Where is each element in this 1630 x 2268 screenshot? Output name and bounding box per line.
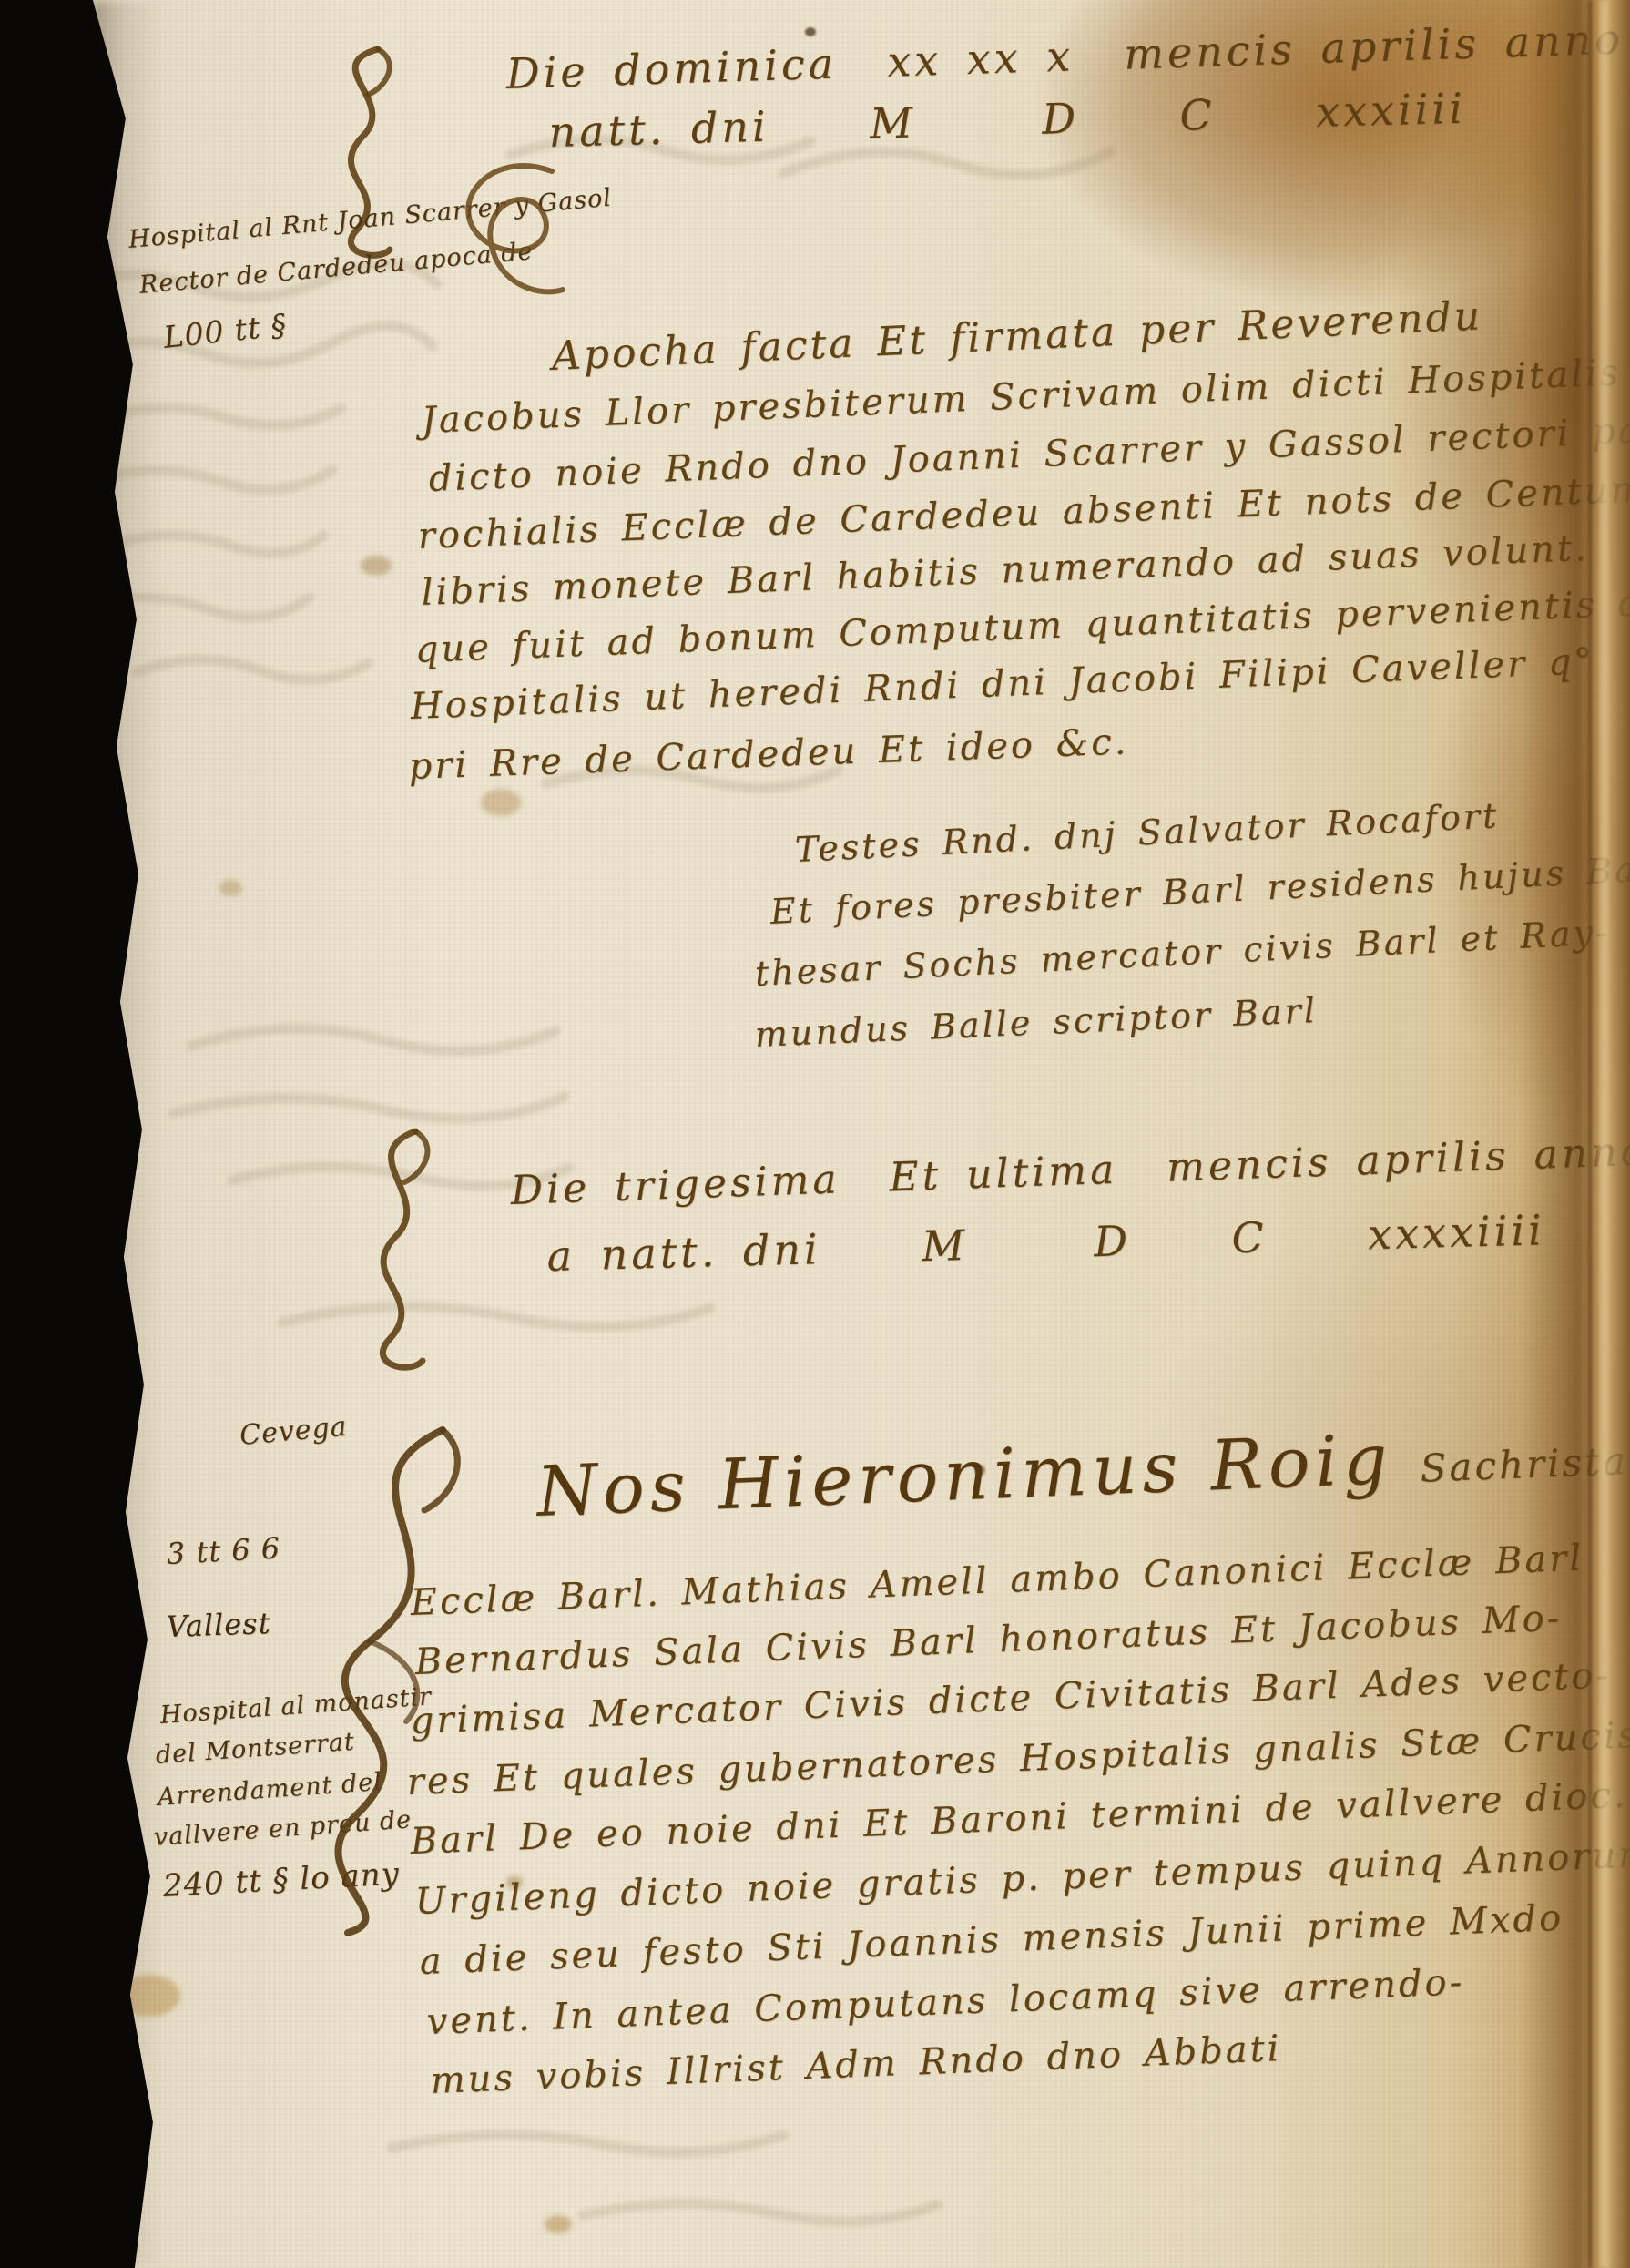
- ink-speck: [805, 27, 816, 36]
- margin-note-montserrat: Arrendament del: [157, 1770, 383, 1810]
- margin-note-amount: L00 tt §: [162, 310, 289, 352]
- calligraphic-flourish-curl: [433, 153, 570, 308]
- margin-note-vallest: Vallest: [166, 1609, 271, 1641]
- date-heading-line: Die trigesima Et ultima mencis aprilis a…: [510, 1131, 1630, 1211]
- margin-note-amount: 3 tt 6 6: [166, 1533, 281, 1568]
- witness-line: Testes Rnd. dnj Salvator Rocafort: [794, 798, 1500, 867]
- stain-spot: [219, 880, 242, 896]
- stain-spot: [481, 789, 521, 816]
- calligraphic-flourish-initial: [326, 1122, 453, 1377]
- stain-spot: [545, 2215, 572, 2233]
- manuscript-photo: { "document": { "kind": "17th-century no…: [0, 0, 1630, 2268]
- margin-note-montserrat: vallvere en preu de: [153, 1807, 413, 1850]
- margin-note-price: 240 tt § lo any: [162, 1858, 401, 1902]
- stain-spot: [117, 1975, 180, 2017]
- arrendament-text-line: mus vobis Illrist Adm Rndo dno Abbati: [430, 2030, 1282, 2099]
- margin-note-montserrat: Hospital al monastir: [159, 1684, 433, 1728]
- margin-note-cevega: Cevega: [239, 1414, 349, 1450]
- manuscript-page: Die dominica xx xx x mencis aprilis anno…: [0, 0, 1630, 2268]
- opening-title: Sachrista: [1420, 1442, 1629, 1488]
- margin-note-montserrat: del Montserrat: [155, 1730, 356, 1768]
- margin-note-hospital-cardedeu: Hospital al Rnt Joan Scarrer y Gasol: [127, 186, 613, 252]
- stain-spot: [361, 556, 392, 576]
- opening-names: Nos Hieronimus Roig: [535, 1425, 1394, 1527]
- witness-line: mundus Balle scriptor Barl: [754, 993, 1319, 1052]
- apoca-text-line: pri Rre de Cardedeu Et ideo &c.: [408, 723, 1129, 785]
- torn-left-edge-shadow: [89, 0, 162, 2268]
- date-heading-line: a natt. dni M D C xxxxiiii: [546, 1209, 1545, 1277]
- entry-opening-line: Nos Hieronimus Roig Sachrista: [535, 1415, 1629, 1527]
- date-heading-line: natt. dni M D C xxxiiii: [548, 87, 1466, 153]
